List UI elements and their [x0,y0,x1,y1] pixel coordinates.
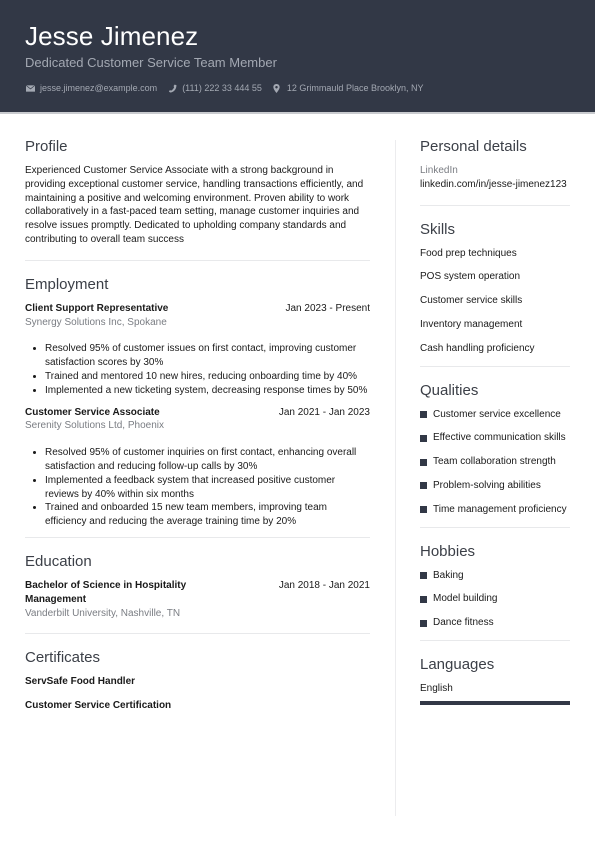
languages-heading: Languages [420,656,570,673]
square-bullet-icon [420,572,427,579]
school-name: Vanderbilt University, Nashville, TN [25,607,370,621]
language-name: English [420,682,570,696]
main-column: Profile Experienced Customer Service Ass… [25,138,370,723]
skill-item: POS system operation [420,270,570,284]
achievement-item: Trained and onboarded 15 new team member… [45,501,370,529]
resume-header: Jesse Jimenez Dedicated Customer Service… [0,0,595,114]
job-entry: Customer Service Associate Jan 2021 - Ja… [25,406,370,529]
hobby-item: Dance fitness [420,616,570,630]
job-entry: Client Support Representative Jan 2023 -… [25,302,370,398]
quality-item: Effective communication skills [420,431,570,445]
job-company: Synergy Solutions Inc, Spokane [25,316,370,330]
quality-item: Customer service excellence [420,408,570,422]
sidebar-column: Personal details LinkedIn linkedin.com/i… [420,138,570,705]
hobbies-heading: Hobbies [420,543,570,560]
language-level-bar [420,701,570,705]
section-divider [420,205,570,206]
job-company: Serenity Solutions Ltd, Phoenix [25,419,370,433]
section-divider [420,527,570,528]
linkedin-label: LinkedIn [420,164,570,178]
profile-summary: Experienced Customer Service Associate w… [25,164,370,247]
qualities-heading: Qualities [420,382,570,399]
quality-item: Time management proficiency [420,503,570,517]
personal-details-section: Personal details LinkedIn linkedin.com/i… [420,138,570,192]
achievement-item: Resolved 95% of customer inquiries on fi… [45,446,370,474]
certificate-item: ServSafe Food Handler [25,675,370,689]
languages-section: Languages English [420,656,570,705]
quality-text: Time management proficiency [433,503,567,517]
quality-text: Customer service excellence [433,408,561,422]
employment-heading: Employment [25,276,370,293]
contact-phone[interactable]: (111) 222 33 444 55 [167,83,262,93]
job-title: Customer Service Associate [25,406,160,420]
employment-section: Employment Client Support Representative… [25,276,370,529]
job-date: Jan 2021 - Jan 2023 [279,406,370,420]
achievement-item: Implemented a feedback system that incre… [45,474,370,502]
column-divider [395,140,396,816]
education-date: Jan 2018 - Jan 2021 [279,579,370,593]
profile-heading: Profile [25,138,370,155]
hobby-text: Model building [433,592,498,606]
certificates-heading: Certificates [25,649,370,666]
square-bullet-icon [420,459,427,466]
education-heading: Education [25,553,370,570]
section-divider [25,260,370,261]
job-title: Client Support Representative [25,302,168,316]
quality-item: Team collaboration strength [420,455,570,469]
job-date: Jan 2023 - Present [286,302,371,316]
hobby-text: Dance fitness [433,616,494,630]
hobby-text: Baking [433,569,464,583]
skills-heading: Skills [420,221,570,238]
quality-text: Problem-solving abilities [433,479,541,493]
job-achievements: Resolved 95% of customer issues on first… [45,342,370,397]
certificate-item: Customer Service Certification [25,699,370,713]
quality-text: Team collaboration strength [433,455,556,469]
job-achievements: Resolved 95% of customer inquiries on fi… [45,446,370,529]
map-pin-icon [272,83,282,93]
square-bullet-icon [420,482,427,489]
square-bullet-icon [420,596,427,603]
square-bullet-icon [420,435,427,442]
candidate-title: Dedicated Customer Service Team Member [25,55,277,70]
section-divider [420,366,570,367]
skill-item: Cash handling proficiency [420,342,570,356]
quality-text: Effective communication skills [433,431,566,445]
certificates-section: Certificates ServSafe Food Handler Custo… [25,649,370,713]
contact-address-text: 12 Grimmauld Place Brooklyn, NY [287,83,424,93]
section-divider [420,640,570,641]
square-bullet-icon [420,620,427,627]
hobby-item: Baking [420,569,570,583]
degree-title: Bachelor of Science in Hospitality Manag… [25,579,215,607]
candidate-name: Jesse Jimenez [25,21,198,52]
hobby-item: Model building [420,592,570,606]
phone-icon [167,83,177,93]
education-section: Education Bachelor of Science in Hospita… [25,553,370,620]
skill-item: Customer service skills [420,294,570,308]
contact-email[interactable]: jesse.jimenez@example.com [25,83,157,93]
achievement-item: Resolved 95% of customer issues on first… [45,342,370,370]
qualities-section: Qualities Customer service excellence Ef… [420,382,570,517]
skill-item: Food prep techniques [420,247,570,261]
contact-email-text: jesse.jimenez@example.com [40,83,157,93]
achievement-item: Trained and mentored 10 new hires, reduc… [45,370,370,384]
hobbies-section: Hobbies Baking Model building Dance fitn… [420,543,570,630]
personal-details-heading: Personal details [420,138,570,155]
section-divider [25,633,370,634]
skills-section: Skills Food prep techniques POS system o… [420,221,570,356]
language-level-fill [420,701,570,705]
profile-section: Profile Experienced Customer Service Ass… [25,138,370,247]
contact-address[interactable]: 12 Grimmauld Place Brooklyn, NY [272,83,424,93]
linkedin-link[interactable]: linkedin.com/in/jesse-jimenez123 [420,178,570,192]
square-bullet-icon [420,411,427,418]
contact-phone-text: (111) 222 33 444 55 [182,83,262,93]
square-bullet-icon [420,506,427,513]
envelope-icon [25,83,35,93]
skill-item: Inventory management [420,318,570,332]
section-divider [25,537,370,538]
quality-item: Problem-solving abilities [420,479,570,493]
contact-list: jesse.jimenez@example.com (111) 222 33 4… [25,83,433,93]
achievement-item: Implemented a new ticketing system, decr… [45,384,370,398]
